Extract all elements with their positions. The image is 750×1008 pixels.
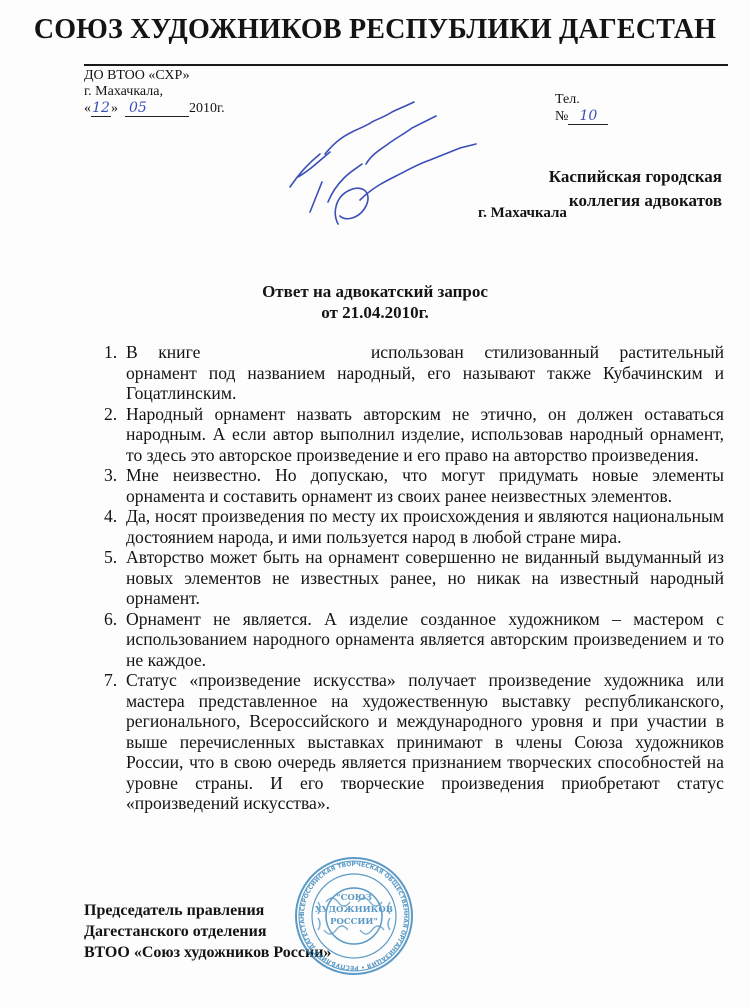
organization-title: СОЮЗ ХУДОЖНИКОВ РЕСПУБЛИКИ ДАГЕСТАН [0, 14, 750, 46]
addressee-city: г. Махачкала [478, 205, 567, 222]
list-item: 3. Мне неизвестно. Но допускаю, что могу… [104, 465, 724, 506]
item-text: Да, носят произведения по месту их проис… [126, 506, 724, 547]
letter-date: «12» 052010г. [84, 100, 225, 117]
list-item: 2. Народный орнамент назвать авторским н… [104, 404, 724, 466]
date-open-quote: « [84, 101, 91, 116]
date-day: 12 [91, 100, 111, 117]
stamp-center-line1: "СОЮЗ [294, 892, 414, 904]
answers-list: 1. В книге использован стилизованный рас… [104, 342, 724, 814]
item-number: 5. [104, 547, 117, 568]
list-item: 6. Орнамент не является. А изделие созда… [104, 609, 724, 671]
item-text: Орнамент не является. А изделие созданно… [126, 609, 724, 670]
document-title: Ответ на адвокатский запрос [0, 281, 750, 302]
sender-city: г. Махачкала, [84, 84, 225, 100]
sender-line: ДО ВТОО «СХР» [84, 68, 225, 84]
list-item: 1. В книге использован стилизованный рас… [104, 342, 724, 404]
document-subtitle: от 21.04.2010г. [0, 302, 750, 323]
outgoing-number: №10 [555, 108, 608, 125]
handwritten-receipt-note [280, 92, 480, 232]
list-item: 7. Статус «произведение искусства» получ… [104, 670, 724, 814]
sender-block: ДО ВТОО «СХР» г. Махачкала, «12» 052010г… [84, 68, 225, 117]
item-text: Авторство может быть на орнамент соверше… [126, 547, 724, 608]
item-text: Народный орнамент назвать авторским не э… [126, 404, 724, 465]
official-stamp: ВСЕРОССИЙСКАЯ ТВОРЧЕСКАЯ ОБЩЕСТВЕННАЯ ОР… [294, 852, 414, 980]
item-lead: В книге [126, 342, 200, 362]
item-number: 4. [104, 506, 117, 527]
item-number: 6. [104, 609, 117, 630]
item-text: использован стилизованный растительный о… [126, 342, 724, 403]
addressee-line1: Каспийская городская [549, 165, 722, 189]
list-item: 4. Да, носят произведения по месту их пр… [104, 506, 724, 547]
outgoing-number-block: Тел. №10 [555, 92, 608, 125]
tel-label: Тел. [555, 92, 608, 108]
stamp-center-line3: РОССИИ" [294, 916, 414, 928]
date-month: 05 [125, 100, 189, 117]
stamp-center-line2: ХУДОЖНИКОВ [294, 904, 414, 916]
date-year: 2010г. [189, 101, 225, 116]
stamp-center-text: "СОЮЗ ХУДОЖНИКОВ РОССИИ" [294, 892, 414, 928]
item-number: 7. [104, 670, 117, 691]
date-close-quote: » [111, 101, 118, 116]
item-number: 3. [104, 465, 117, 486]
document-title-block: Ответ на адвокатский запрос от 21.04.201… [0, 281, 750, 323]
item-number: 1. [104, 342, 117, 363]
item-number: 2. [104, 404, 117, 425]
item-text: Мне неизвестно. Но допускаю, что могут п… [126, 465, 724, 506]
number-value: 10 [568, 108, 608, 125]
item-text: Статус «произведение искусства» получает… [126, 670, 724, 813]
addressee-line2: коллегия адвокатов [549, 189, 722, 213]
number-label: № [555, 109, 568, 124]
header-divider [84, 64, 728, 66]
addressee-block: Каспийская городская коллегия адвокатов [549, 165, 722, 213]
list-item: 5. Авторство может быть на орнамент сове… [104, 547, 724, 609]
